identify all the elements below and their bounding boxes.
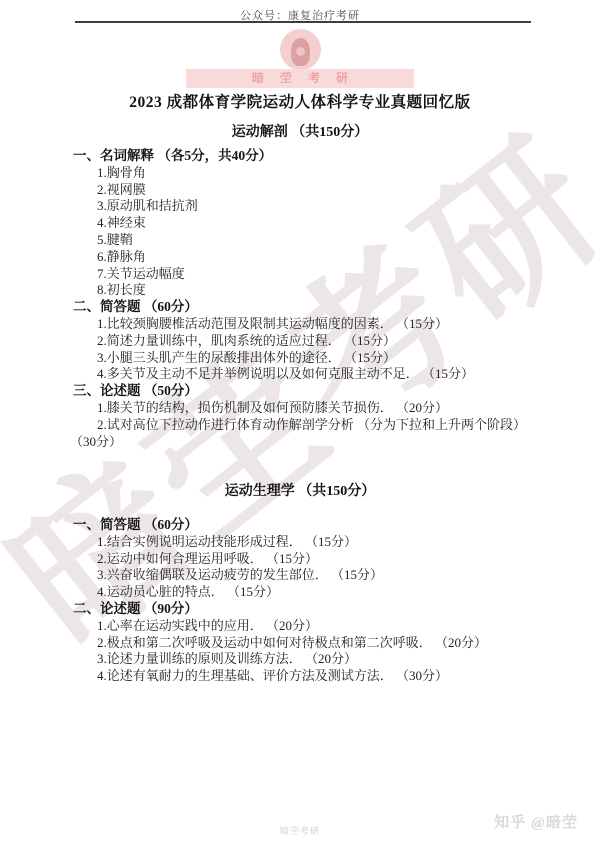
public-account-label: 公众号：康复治疗考研 <box>0 7 600 23</box>
question-item: 3.原动肌和拮抗剂 <box>0 198 600 215</box>
question-group-heading: 一、简答题 （60分） <box>0 517 600 534</box>
question-item: 1.胸骨角 <box>0 165 600 182</box>
question-group-heading: 一、名词解释 （各5分，共40分） <box>0 148 600 165</box>
question-item-continuation: （30分） <box>0 434 600 451</box>
section-anatomy-body: 一、名词解释 （各5分，共40分） 1.胸骨角 2.视网膜 3.原动肌和拮抗剂 … <box>0 148 600 450</box>
question-group-heading: 三、论述题 （50分） <box>0 383 600 400</box>
question-item: 5.腱鞘 <box>0 232 600 249</box>
question-item: 1.心率在运动实践中的应用． （20分） <box>0 618 600 635</box>
question-item: 1.膝关节的结构，损伤机制及如何预防膝关节损伤． （20分） <box>0 400 600 417</box>
document-title: 2023 成都体育学院运动人体科学专业真题回忆版 <box>0 90 600 112</box>
question-item: 2.运动中如何合理运用呼吸． （15分） <box>0 551 600 568</box>
question-group-heading: 二、论述题 （90分） <box>0 601 600 618</box>
question-item: 2.试对高位下拉动作进行体育动作解剖学分析 （分为下拉和上升两个阶段） <box>0 417 600 434</box>
brand-banner-label: 暗茔考研 <box>186 69 414 88</box>
question-group-heading: 二、简答题 （60分） <box>0 299 600 316</box>
section-physiology-body: 一、简答题 （60分） 1.结合实例说明运动技能形成过程． （15分） 2.运动… <box>0 517 600 685</box>
question-item: 4.神经束 <box>0 215 600 232</box>
question-item: 2.极点和第二次呼吸及运动中如何对待极点和第二次呼吸． （20分） <box>0 635 600 652</box>
question-item: 1.结合实例说明运动技能形成过程． （15分） <box>0 534 600 551</box>
scanned-document-page: 公众号：康复治疗考研 暗茔考研 暗茔考研 2023 成都体育学院运动人体科学专业… <box>0 0 600 852</box>
question-item: 3.论述力量训练的原则及训练方法． （20分） <box>0 651 600 668</box>
question-item: 2.简述力量训练中，肌肉系统的适应过程． （15分） <box>0 333 600 350</box>
question-item: 6.静脉角 <box>0 249 600 266</box>
question-item: 1.比较颈胸腰椎活动范围及限制其运动幅度的因素． （15分） <box>0 316 600 333</box>
question-item: 3.小腿三头肌产生的尿酸排出体外的途径． （15分） <box>0 350 600 367</box>
question-item: 4.运动员心脏的特点． （15分） <box>0 584 600 601</box>
question-item: 3.兴奋收缩偶联及运动疲劳的发生部位． （15分） <box>0 567 600 584</box>
question-item: 8.初长度 <box>0 282 600 299</box>
question-item: 4.论述有氧耐力的生理基础、评价方法及测试方法． （30分） <box>0 668 600 685</box>
question-item: 2.视网膜 <box>0 182 600 199</box>
brand-logo-icon <box>280 29 321 70</box>
question-item: 7.关节运动幅度 <box>0 266 600 283</box>
zhihu-watermark: 知乎 @暗茔 <box>494 811 578 832</box>
section-title-anatomy: 运动解剖 （共150分） <box>0 121 600 141</box>
question-item: 4.多关节及主动不足并举例说明以及如何克服主动不足． （15分） <box>0 366 600 383</box>
section-title-physiology: 运动生理学 （共150分） <box>0 480 600 500</box>
